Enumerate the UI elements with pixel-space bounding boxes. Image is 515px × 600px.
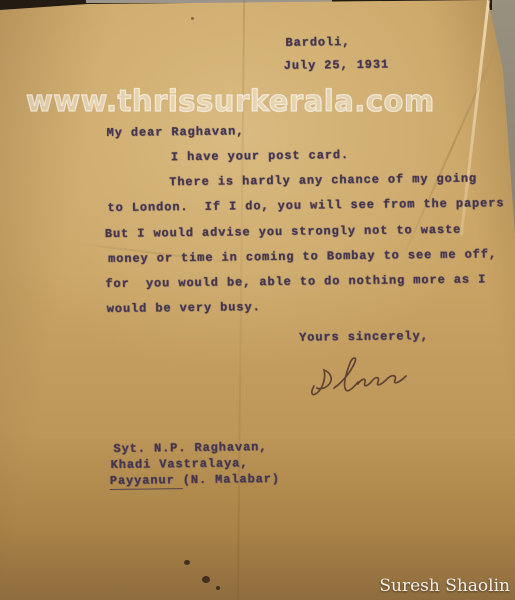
photo-credit: Suresh Shaolin xyxy=(379,576,510,596)
letter-photograph: Bardoli, July 25, 1931 My dear Raghavan,… xyxy=(0,0,515,600)
body-line: I have your post card. xyxy=(171,148,349,164)
body-line: money or time in coming to Bombay to see… xyxy=(108,247,497,266)
body-line: would be very busy. xyxy=(107,300,261,316)
closing-line: Yours sincerely, xyxy=(299,329,429,345)
address-place-rest: (N. Malabar) xyxy=(183,472,280,487)
handwritten-signature xyxy=(300,352,430,402)
ink-spot xyxy=(216,586,220,590)
ink-spot xyxy=(202,576,210,583)
body-line: to London. If I do, you will see from th… xyxy=(107,196,504,215)
salutation-line: My dear Raghavan, xyxy=(106,124,244,140)
dateline-place: Bardoli, xyxy=(285,35,350,50)
body-line: for you would be, able to do nothing mor… xyxy=(105,272,486,291)
address-line-1: Syt. N.P. Raghavan, xyxy=(113,440,267,456)
watermark-text: www.thrissurkerala.com xyxy=(26,84,506,118)
paper-speck xyxy=(191,17,194,20)
dateline-date: July 25, 1931 xyxy=(284,58,389,73)
body-line: There is hardly any chance of my going xyxy=(169,172,477,190)
ink-spot xyxy=(184,560,190,565)
address-line-3: Payyanur (N. Malabar) xyxy=(110,472,280,488)
address-place-underlined: Payyanur xyxy=(110,473,183,490)
address-line-2: Khadi Vastralaya, xyxy=(111,456,249,472)
body-line: But I would advise you strongly not to w… xyxy=(105,223,462,241)
